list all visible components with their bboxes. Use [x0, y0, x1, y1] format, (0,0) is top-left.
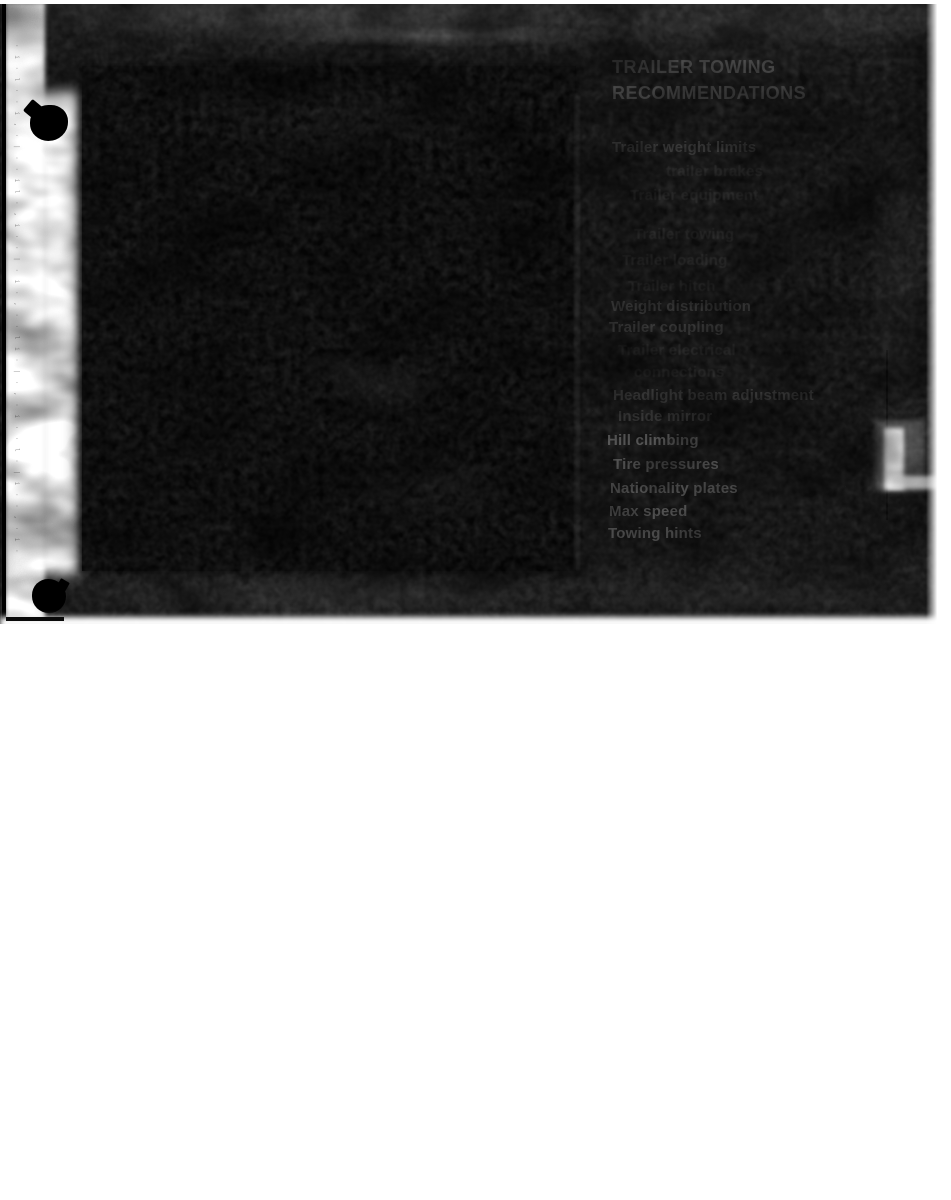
toc-item: Headlight beam adjustment: [613, 387, 814, 404]
toc-item: Trailer electrical: [618, 342, 736, 359]
margin-scribble-marks: · i · l · · i , · | · · i l · , i · · | …: [13, 44, 20, 564]
toc-item: Weight distribution: [611, 298, 751, 315]
toc-item: Nationality plates: [610, 480, 738, 497]
page-edge-line: [2, 4, 6, 622]
bottom-page-edge: [0, 617, 951, 624]
toc-item: Tire pressures: [613, 456, 719, 473]
toc-item: connections: [634, 364, 725, 381]
toc-item: Trailer towing: [634, 226, 734, 243]
top-page-edge: [0, 0, 951, 4]
toc-item: Hill climbing: [607, 432, 699, 449]
toc-item: Trailer loading: [622, 252, 728, 269]
toc-list: Trailer weight limitstrailer brakesTrail…: [0, 0, 951, 624]
bottom-edge-mark: [6, 617, 64, 621]
toc-item: Max speed: [609, 503, 688, 520]
toc-item: Trailer equipment: [630, 187, 758, 204]
toc-item: Trailer hitch: [628, 278, 716, 295]
right-page-margin: [926, 0, 951, 624]
toc-item: Inside mirror: [618, 408, 712, 425]
toc-item: Trailer weight limits: [612, 139, 756, 156]
toc-item: Towing hints: [608, 525, 702, 542]
blank-lower-page: [0, 624, 951, 1200]
page-canvas: TRAILER TOWING RECOMMENDATIONS Trailer w…: [0, 0, 951, 1200]
scanned-page: TRAILER TOWING RECOMMENDATIONS Trailer w…: [0, 0, 951, 624]
toc-item: trailer brakes: [666, 163, 763, 180]
hole-punch-bottom: [32, 579, 66, 613]
toc-item: Trailer coupling: [609, 319, 724, 336]
